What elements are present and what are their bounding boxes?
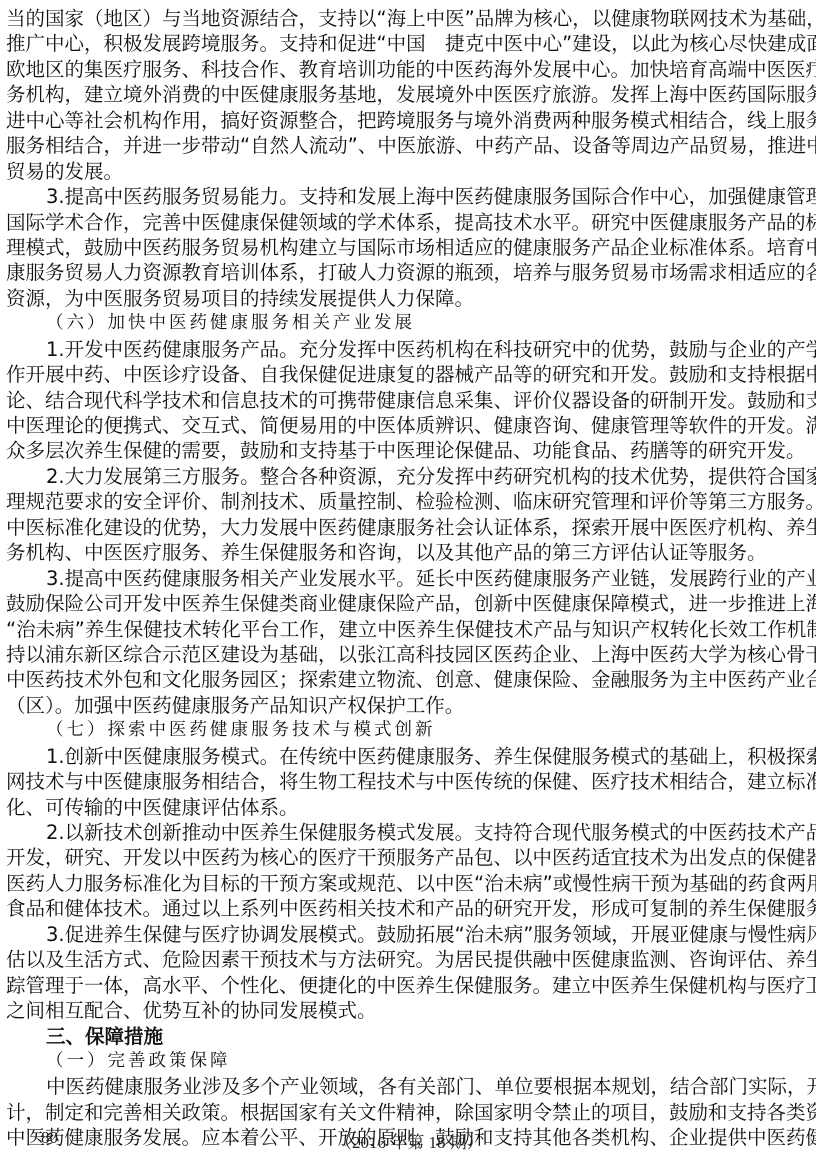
body-line: 估以及生活方式、危险因素干预技术与方法研究。为居民提供融中医健康监测、咨询评估、… <box>6 947 816 972</box>
body-line: 进中心等社会机构作用，搞好资源整合，把跨境服务与境外消费两种服务模式相结合，线上… <box>6 108 816 133</box>
section-heading: 三、保障措施 <box>6 1024 816 1049</box>
body-line: 务机构、中医医疗服务、养生保健服务和咨询，以及其他产品的第三方评估认证等服务。 <box>6 540 816 565</box>
body-line: 服务相结合，并进一步带动“自然人流动”、中医旅游、中药产品、设备等周边产品贸易，… <box>6 133 816 158</box>
paragraph-first-line: 2.大力发展第三方服务。整合各种资源，充分发挥中药研究机构的技术优势，提供符合国… <box>6 464 816 489</box>
body-line: “治未病”养生保健技术转化平台工作，建立中医养生保健技术产品与知识产权转化长效工… <box>6 617 816 642</box>
body-line: 之间相互配合、优势互补的协同发展模式。 <box>6 998 816 1023</box>
body-line: 资源，为中医服务贸易项目的持续发展提供人力保障。 <box>6 286 816 311</box>
body-line: 贸易的发展。 <box>6 159 816 184</box>
body-line: 踪管理于一体，高水平、个性化、便捷化的中医养生保健服务。建立中医养生保健机构与医… <box>6 973 816 998</box>
page-footer: 80 （2016 年第 18 期） <box>0 1128 827 1152</box>
paragraph-first-line: 1.创新中医健康服务模式。在传统中医药健康服务、养生保健服务模式的基础上，积极探… <box>6 744 816 769</box>
paragraph-first-line: 1.开发中医药健康服务产品。充分发挥中医药机构在科技研究中的优势，鼓励与企业的产… <box>6 337 816 362</box>
body-line: 中医理论的便携式、交互式、简便易用的中医体质辨识、健康咨询、健康管理等软件的开发… <box>6 413 816 438</box>
body-line: 化、可传输的中医健康评估体系。 <box>6 795 816 820</box>
page-number: 80 <box>41 1128 58 1148</box>
body-line: 康服务贸易人力资源教育培训体系，打破人力资源的瓶颈，培养与服务贸易市场需求相适应… <box>6 260 816 285</box>
body-line: 鼓励保险公司开发中医养生保健类商业健康保险产品，创新中医健康保障模式，进一步推进… <box>6 591 816 616</box>
body-line: 食品和健体技术。通过以上系列中医药相关技术和产品的研究开发，形成可复制的养生保健… <box>6 896 816 921</box>
body-line: 网技术与中医健康服务相结合，将生物工程技术与中医传统的保健、医疗技术相结合，建立… <box>6 769 816 794</box>
body-line: 当的国家（地区）与当地资源结合，支持以“海上中医”品牌为核心，以健康物联网技术为… <box>6 6 816 31</box>
paragraph-first-line: 中医药健康服务业涉及多个产业领域，各有关部门、单位要根据本规划，结合部门实际，开… <box>6 1074 816 1099</box>
paragraph-first-line: 3.提高中医药服务贸易能力。支持和发展上海中医药健康服务国际合作中心，加强健康管… <box>6 184 816 209</box>
paragraph-first-line: 2.以新技术创新推动中医养生保健服务模式发展。支持符合现代服务模式的中医药技术产… <box>6 820 816 845</box>
body-line: 欧地区的集医疗服务、科技合作、教育培训功能的中医药海外发展中心。加快培育高端中医… <box>6 57 816 82</box>
body-line: 中医药技术外包和文化服务园区；探索建立物流、创意、健康保险、金融服务为主中医药产… <box>6 667 816 692</box>
subsection-heading: （六）加快中医药健康服务相关产业发展 <box>6 311 816 336</box>
body-line: 论、结合现代科学技术和信息技术的可携带健康信息采集、评价仪器设备的研制开发。鼓励… <box>6 388 816 413</box>
body-line: 理模式，鼓励中医药服务贸易机构建立与国际市场相适应的健康服务产品企业标准体系。培… <box>6 235 816 260</box>
body-line: 持以浦东新区综合示范区建设为基础，以张江高科技园区医药企业、上海中医药大学为核心… <box>6 642 816 667</box>
paragraph-first-line: 3.提高中医药健康服务相关产业发展水平。延长中医药健康服务产业链，发展跨行业的产… <box>6 566 816 591</box>
subsection-heading: （七）探索中医药健康服务技术与模式创新 <box>6 718 816 743</box>
body-line: 推广中心，积极发展跨境服务。支持和促进“中国 捷克中医中心”建设，以此为核心尽快… <box>6 31 816 56</box>
issue-label: （2016 年第 18 期） <box>335 1128 484 1153</box>
body-line: 众多层次养生保健的需要，鼓励和支持基于中医理论保健品、功能食品、药膳等的研究开发… <box>6 438 816 463</box>
body-line: 中医标准化建设的优势，大力发展中医药健康服务社会认证体系，探索开展中医医疗机构、… <box>6 515 816 540</box>
subsection-heading: （一）完善政策保障 <box>6 1049 816 1074</box>
body-line: （区）。加强中医药健康服务产品知识产权保护工作。 <box>6 693 816 718</box>
body-line: 务机构，建立境外消费的中医健康服务基地，发展境外中医医疗旅游。发挥上海中医药国际… <box>6 82 816 107</box>
body-line: 医药人力服务标准化为目标的干预方案或规范、以中医“治未病”或慢性病干预为基础的药… <box>6 871 816 896</box>
body-line: 国际学术合作，完善中医健康保健领域的学术体系，提高技术水平。研究中医健康服务产品… <box>6 210 816 235</box>
body-line: 理规范要求的安全评价、制剂技术、质量控制、检验检测、临床研究管理和评价等第三方服… <box>6 489 816 514</box>
body-line: 计，制定和完善相关政策。根据国家有关文件精神，除国家明令禁止的项目，鼓励和支持各… <box>6 1100 816 1125</box>
document-page: 当的国家（地区）与当地资源结合，支持以“海上中医”品牌为核心，以健康物联网技术为… <box>6 6 816 1151</box>
body-line: 开发，研究、开发以中医药为核心的医疗干预服务产品包、以中医药适宜技术为出发点的保… <box>6 845 816 870</box>
paragraph-first-line: 3.促进养生保健与医疗协调发展模式。鼓励拓展“治未病”服务领域，开展亚健康与慢性… <box>6 922 816 947</box>
body-line: 作开展中药、中医诊疗设备、自我保健促进康复的器械产品等的研究和开发。鼓励和支持根… <box>6 362 816 387</box>
